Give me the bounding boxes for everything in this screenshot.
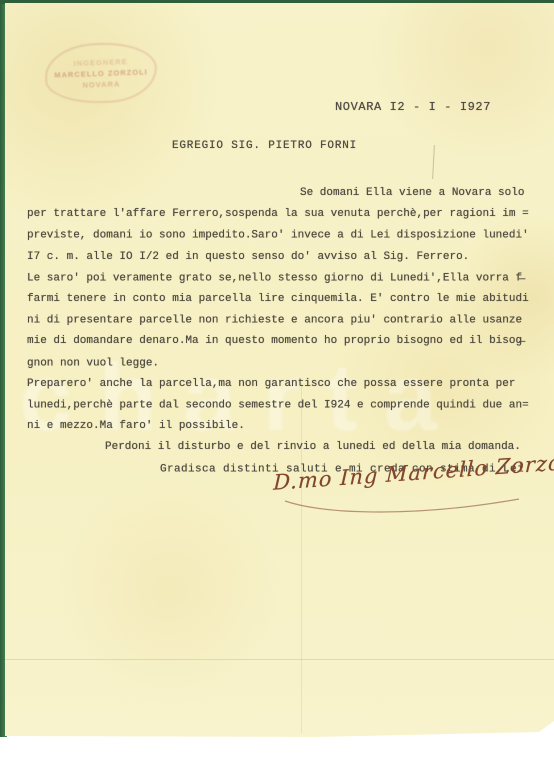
body-line: I7 c. m. alle IO I/2 ed in questo senso … bbox=[27, 247, 547, 268]
stray-pen-mark bbox=[432, 145, 435, 179]
body-line: ni e mezzo.Ma faro' il possibile. bbox=[27, 416, 547, 437]
signature-flourish bbox=[267, 495, 537, 521]
body-opening-line: Se domani Ella viene a Novara solo bbox=[27, 183, 547, 204]
stamp-line-title: INGEGNERE bbox=[73, 56, 127, 69]
letterhead-stamp: INGEGNERE MARCELLO ZORZOLI NOVARA bbox=[44, 41, 158, 105]
scanned-letter-page: charta INGEGNERE MARCELLO ZORZOLI NOVARA… bbox=[0, 0, 554, 760]
stamp-line-city: NOVARA bbox=[82, 78, 120, 90]
body-line: farmi tenere in conto mia parcella lire … bbox=[27, 289, 547, 310]
body-lines: per trattare l'affare Ferrero,sospenda l… bbox=[27, 204, 547, 437]
body-line: mie di domandare denaro.Ma in questo mom… bbox=[27, 331, 547, 352]
body-line: per trattare l'affare Ferrero,sospenda l… bbox=[27, 204, 547, 225]
dateline: NOVARA I2 - I - I927 bbox=[335, 100, 491, 114]
body-line: ni di presentare parcelle non richieste … bbox=[27, 311, 547, 332]
body-line: Preparero' anche la parcella,ma non gara… bbox=[27, 374, 547, 395]
paper-fold-horizontal bbox=[5, 659, 554, 660]
body-line: previste, domani io sono impedito.Saro' … bbox=[27, 226, 547, 247]
addressee: EGREGIO SIG. PIETRO FORNI bbox=[172, 140, 357, 152]
body-line: Le saro' poi veramente grato se,nello st… bbox=[27, 268, 547, 289]
body-line: gnon non vuol legge. bbox=[27, 353, 547, 374]
letter-paper: charta INGEGNERE MARCELLO ZORZOLI NOVARA… bbox=[5, 3, 554, 739]
body-closing-line-1: Perdoni il disturbo e del rinvio a luned… bbox=[27, 437, 547, 458]
body-line: lunedi,perchè parte dal secondo semestre… bbox=[27, 395, 547, 416]
letter-body: Se domani Ella viene a Novara solo per t… bbox=[27, 183, 547, 480]
